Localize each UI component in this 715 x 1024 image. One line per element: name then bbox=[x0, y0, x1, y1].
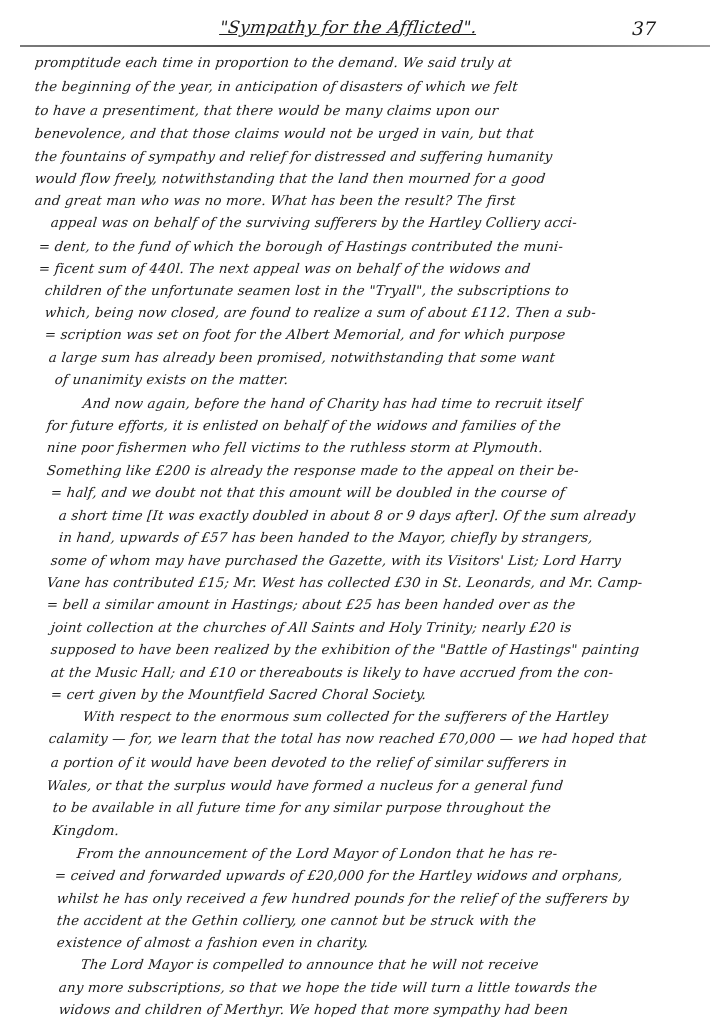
manuscript-line: benevolence, and that those claims would… bbox=[34, 127, 535, 142]
manuscript-line: Something like £200 is already the respo… bbox=[46, 464, 579, 479]
manuscript-line: = dent, to the fund of which the borough… bbox=[38, 240, 564, 255]
manuscript-line: a short time [It was exactly doubled in … bbox=[58, 509, 636, 524]
manuscript-line: and great man who was no more. What has … bbox=[34, 194, 516, 209]
manuscript-line: whilst he has only received a few hundre… bbox=[56, 892, 630, 907]
page-title: "Sympathy for the Afflicted". bbox=[219, 18, 479, 38]
manuscript-line: at the Music Hall; and £10 or thereabout… bbox=[50, 666, 614, 681]
manuscript-line: a portion of it would have been devoted … bbox=[50, 756, 568, 771]
manuscript-line: And now again, before the hand of Charit… bbox=[82, 397, 582, 412]
manuscript-line: = scription was set on foot for the Albe… bbox=[44, 328, 566, 343]
manuscript-line: of unanimity exists on the matter. bbox=[54, 373, 289, 388]
manuscript-line: appeal was on behalf of the surviving su… bbox=[50, 216, 578, 231]
manuscript-line: a large sum has already been promised, n… bbox=[48, 351, 556, 366]
manuscript-line: calamity — for, we learn that the total … bbox=[48, 732, 647, 747]
manuscript-line: which, being now closed, are found to re… bbox=[44, 306, 597, 321]
manuscript-line: Vane has contributed £15; Mr. West has c… bbox=[46, 576, 643, 591]
manuscript-line: = cert given by the Mountfield Sacred Ch… bbox=[50, 688, 427, 703]
manuscript-line: the fountains of sympathy and relief for… bbox=[34, 150, 553, 165]
manuscript-line: nine poor fishermen who fell victims to … bbox=[46, 441, 544, 456]
manuscript-line: The Lord Mayor is compelled to announce … bbox=[80, 958, 539, 973]
manuscript-line: the accident at the Gethin colliery, one… bbox=[56, 914, 537, 929]
manuscript-line: some of whom may have purchased the Gaze… bbox=[50, 554, 622, 569]
manuscript-line: With respect to the enormous sum collect… bbox=[82, 710, 609, 725]
page-number: 37 bbox=[632, 18, 656, 40]
manuscript-line: to be available in all future time for a… bbox=[52, 801, 552, 816]
manuscript-line: From the announcement of the Lord Mayor … bbox=[76, 847, 558, 862]
manuscript-line: for future efforts, it is enlisted on be… bbox=[46, 419, 562, 434]
manuscript-line: promptitude each time in proportion to t… bbox=[34, 56, 512, 71]
manuscript-line: = bell a similar amount in Hastings; abo… bbox=[46, 598, 576, 613]
header-rule bbox=[20, 45, 710, 47]
manuscript-line: = half, and we doubt not that this amoun… bbox=[50, 486, 566, 501]
manuscript-line: to have a presentiment, that there would… bbox=[34, 104, 499, 119]
manuscript-line: existence of almost a fashion even in ch… bbox=[56, 936, 369, 951]
manuscript-line: the beginning of the year, in anticipati… bbox=[34, 80, 519, 95]
manuscript-line: any more subscriptions, so that we hope … bbox=[58, 981, 598, 996]
manuscript-line: children of the unfortunate seamen lost … bbox=[44, 284, 569, 299]
manuscript-line: would flow freely, notwithstanding that … bbox=[34, 172, 546, 187]
manuscript-line: joint collection at the churches of All … bbox=[50, 621, 572, 636]
manuscript-line: supposed to have been realized by the ex… bbox=[50, 643, 640, 658]
manuscript-line: Kingdom. bbox=[52, 824, 120, 839]
manuscript-line: widows and children of Merthyr. We hoped… bbox=[58, 1003, 569, 1018]
manuscript-line: in hand, upwards of £57 has been handed … bbox=[58, 531, 593, 546]
manuscript-line: = ceived and forwarded upwards of £20,00… bbox=[54, 869, 623, 884]
manuscript-line: = ficent sum of 440l. The next appeal wa… bbox=[38, 262, 531, 277]
manuscript-line: Wales, or that the surplus would have fo… bbox=[46, 779, 564, 794]
manuscript-page: "Sympathy for the Afflicted". 37 prompti… bbox=[0, 0, 715, 1024]
